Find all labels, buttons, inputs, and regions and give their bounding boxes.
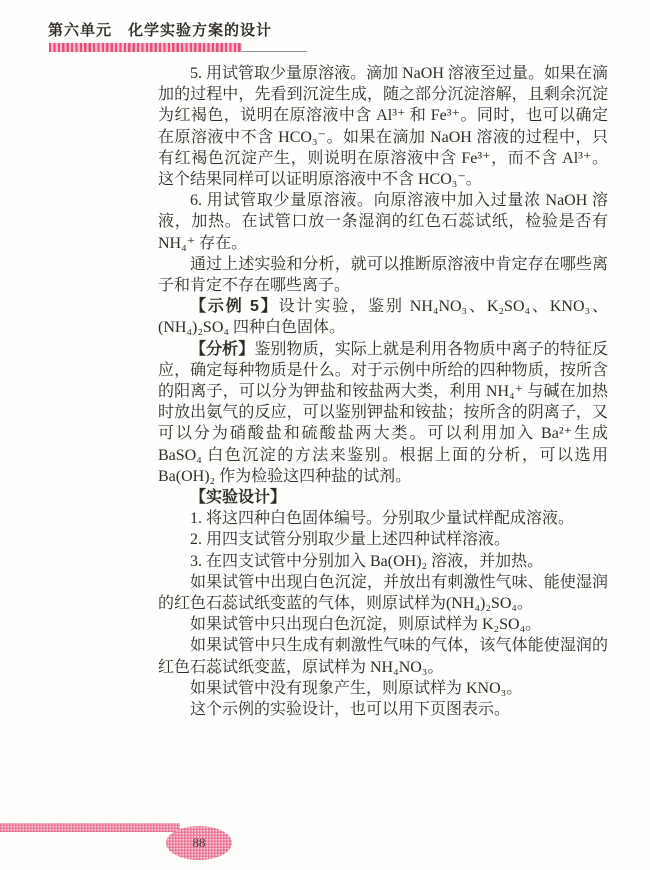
paragraph-text: 鉴别物质，实际上就是利用各物质中离子的特征反应，确定每种物质是什么。对于示例中所… bbox=[158, 341, 608, 485]
textbook-page: 第六单元 化学实验方案的设计 5. 用试管取少量原溶液。滴加 NaOH 溶液至过… bbox=[0, 0, 650, 870]
paragraph: 【实验设计】 bbox=[158, 487, 608, 508]
paragraph-text: 这个示例的实验设计，也可以用下页图表示。 bbox=[190, 701, 510, 718]
paragraph-text: 3. 在四支试管中分别加入 Ba(OH)₂ 溶液，并加热。 bbox=[190, 553, 543, 570]
page-body: 5. 用试管取少量原溶液。滴加 NaOH 溶液至过量。如果在滴加的过程中，先看到… bbox=[158, 63, 608, 720]
page-number-badge: 88 bbox=[166, 826, 232, 860]
paragraph: 3. 在四支试管中分别加入 Ba(OH)₂ 溶液，并加热。 bbox=[158, 551, 608, 572]
paragraph-text: 5. 用试管取少量原溶液。滴加 NaOH 溶液至过量。如果在滴加的过程中，先看到… bbox=[158, 65, 608, 188]
paragraph: 这个示例的实验设计，也可以用下页图表示。 bbox=[158, 699, 608, 720]
paragraph: 1. 将这四种白色固体编号。分别取少量试样配成溶液。 bbox=[158, 508, 608, 529]
paragraph: 2. 用四支试管分别取少量上述四种试样溶液。 bbox=[158, 529, 608, 550]
paragraph: 如果试管中出现白色沉淀，并放出有刺激性气味、能使湿润的红色石蕊试纸变蓝的气体，则… bbox=[158, 572, 608, 614]
paragraph: 如果试管中没有现象产生，则原试样为 KNO₃。 bbox=[158, 678, 608, 699]
paragraph: 6. 用试管取少量原溶液。向原溶液中加入过量浓 NaOH 溶液，加热。在试管口放… bbox=[158, 190, 608, 254]
paragraph-text: 如果试管中出现白色沉淀，并放出有刺激性气味、能使湿润的红色石蕊试纸变蓝的气体，则… bbox=[158, 574, 608, 612]
paragraph-label: 【实验设计】 bbox=[190, 489, 286, 506]
paragraph-label: 【分析】 bbox=[190, 341, 254, 358]
paragraph: 【分析】鉴别物质，实际上就是利用各物质中离子的特征反应，确定每种物质是什么。对于… bbox=[158, 339, 608, 487]
paragraph: 如果试管中只出现白色沉淀，则原试样为 K₂SO₄。 bbox=[158, 614, 608, 635]
footer-stripe-bar bbox=[0, 823, 180, 832]
paragraph-label: 【示例 5】 bbox=[190, 298, 279, 315]
paragraph-text: 通过上述实验和分析，就可以推断原溶液中肯定存在哪些离子和肯定不存在哪些离子。 bbox=[158, 256, 608, 294]
paragraph: 通过上述实验和分析，就可以推断原溶液中肯定存在哪些离子和肯定不存在哪些离子。 bbox=[158, 254, 608, 296]
paragraph-text: 2. 用四支试管分别取少量上述四种试样溶液。 bbox=[190, 531, 510, 548]
paragraph: 【示例 5】设计实验，鉴别 NH₄NO₃、K₂SO₄、KNO₃、(NH₄)₂SO… bbox=[158, 296, 608, 338]
unit-title: 第六单元 化学实验方案的设计 bbox=[48, 19, 272, 40]
paragraph-text: 如果试管中只出现白色沉淀，则原试样为 K₂SO₄。 bbox=[190, 616, 541, 633]
page-number: 88 bbox=[193, 835, 206, 851]
paragraph-text: 6. 用试管取少量原溶液。向原溶液中加入过量浓 NaOH 溶液，加热。在试管口放… bbox=[158, 192, 608, 251]
header-stripe-bar bbox=[49, 43, 242, 52]
paragraph-text: 如果试管中没有现象产生，则原试样为 KNO₃。 bbox=[190, 680, 522, 697]
paragraph-text: 如果试管中只生成有刺激性气味的气体，该气体能使湿润的红色石蕊试纸变蓝，原试样为 … bbox=[158, 637, 608, 675]
paragraph: 如果试管中只生成有刺激性气味的气体，该气体能使湿润的红色石蕊试纸变蓝，原试样为 … bbox=[158, 635, 608, 677]
paragraph-text: 1. 将这四种白色固体编号。分别取少量试样配成溶液。 bbox=[190, 510, 574, 527]
paragraph: 5. 用试管取少量原溶液。滴加 NaOH 溶液至过量。如果在滴加的过程中，先看到… bbox=[158, 63, 608, 190]
